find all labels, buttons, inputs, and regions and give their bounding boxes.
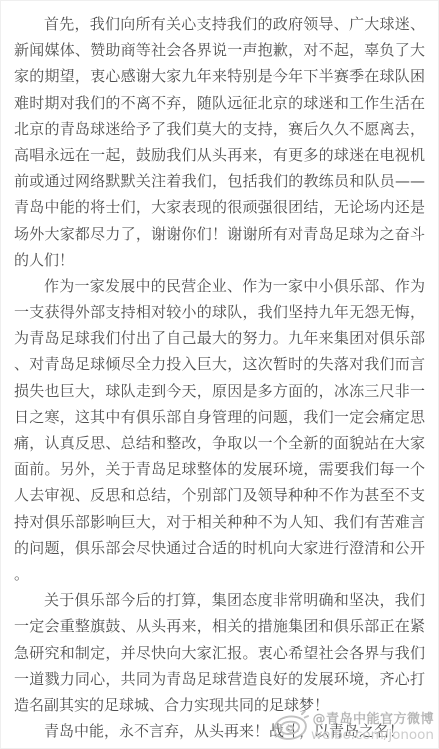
- text-line: 面前。另外，关于青岛足球整体的发展环境，需要我们每一个: [14, 456, 425, 482]
- paragraph: 首先，我们向所有关心支持我们的政府领导、广大球迷、新闻媒体、赞助商等社会各界说一…: [14, 11, 425, 273]
- text-line: 青岛中能的将士们，大家表现的很顽强很团结，无论场内还是: [14, 194, 425, 220]
- text-line: 人去审视、反思和总结，个别部门及领导种种不作为甚至不支: [14, 482, 425, 508]
- text-line: 痛，认真反思、总结和整改，争取以一个全新的面貌站在大家: [14, 430, 425, 456]
- text-line: 难时期对我们的不离不弃，随队远征北京的球迷和工作生活在: [14, 90, 425, 116]
- text-line: 。: [14, 561, 425, 587]
- statement-text: 首先，我们向所有关心支持我们的政府领导、广大球迷、新闻媒体、赞助商等社会各界说一…: [14, 11, 425, 744]
- text-line: 青岛中能，永不言弃，从头再来！战斗，以青岛之名！: [14, 718, 425, 744]
- text-line: 持对俱乐部影响巨大，对于相关种种不为人知、我们有苦难言: [14, 509, 425, 535]
- text-line: 造名副其实的足球城、合力实现共同的足球梦！: [14, 692, 425, 718]
- text-line: 损失也巨大，球队走到今天，原因是多方面的，冰冻三尺非一: [14, 378, 425, 404]
- text-line: 关于俱乐部今后的打算，集团态度非常明确和坚决，我们: [14, 587, 425, 613]
- text-line: 一支获得外部支持相对较小的球队，我们坚持九年无怨无悔，: [14, 299, 425, 325]
- text-line: 、对青岛足球倾尽全力投入巨大，这次暂时的失落对我们而言: [14, 351, 425, 377]
- text-line: 场外大家都尽力了，谢谢你们！谢谢所有对青岛足球为之奋斗: [14, 221, 425, 247]
- text-line: 一定会重整旗鼓、从头再来，相关的措施集团和俱乐部正在紧: [14, 613, 425, 639]
- text-line: 新闻媒体、赞助商等社会各界说一声抱歉，对不起，辜负了大: [14, 37, 425, 63]
- weibo-statement-image: 首先，我们向所有关心支持我们的政府领导、广大球迷、新闻媒体、赞助商等社会各界说一…: [0, 0, 439, 749]
- text-line: 首先，我们向所有关心支持我们的政府领导、广大球迷、: [14, 11, 425, 37]
- paragraph: 青岛中能，永不言弃，从头再来！战斗，以青岛之名！: [14, 718, 425, 744]
- text-line: 急研究和制定，并尽快向大家汇报。衷心希望社会各界与我们: [14, 640, 425, 666]
- text-line: 前或通过网络默默关注着我们，包括我们的教练员和队员——: [14, 168, 425, 194]
- text-line: 为青岛足球我们付出了自己最大的努力。九年来集团对俱乐部: [14, 325, 425, 351]
- text-line: 家的期望，衷心感谢大家九年来特别是今年下半赛季在球队困: [14, 63, 425, 89]
- text-line: 作为一家发展中的民营企业、作为一家中小俱乐部、作为: [14, 273, 425, 299]
- text-line: 一道戮力同心，共同为青岛足球营造良好的发展环境，齐心打: [14, 666, 425, 692]
- text-line: 的问题，俱乐部会尽快通过合适的时机向大家进行澄清和公开: [14, 535, 425, 561]
- text-line: 高唱永远在一起，鼓励我们从头再来，有更多的球迷在电视机: [14, 142, 425, 168]
- text-line: 北京的青岛球迷给予了我们莫大的支持，赛后久久不愿离去，: [14, 116, 425, 142]
- text-line: 的人们！: [14, 247, 425, 273]
- paragraph: 作为一家发展中的民营企业、作为一家中小俱乐部、作为一支获得外部支持相对较小的球队…: [14, 273, 425, 587]
- paragraph: 关于俱乐部今后的打算，集团态度非常明确和坚决，我们一定会重整旗鼓、从头再来，相关…: [14, 587, 425, 718]
- text-line: 日之寒，这其中有俱乐部自身管理的问题，我们一定会痛定思: [14, 404, 425, 430]
